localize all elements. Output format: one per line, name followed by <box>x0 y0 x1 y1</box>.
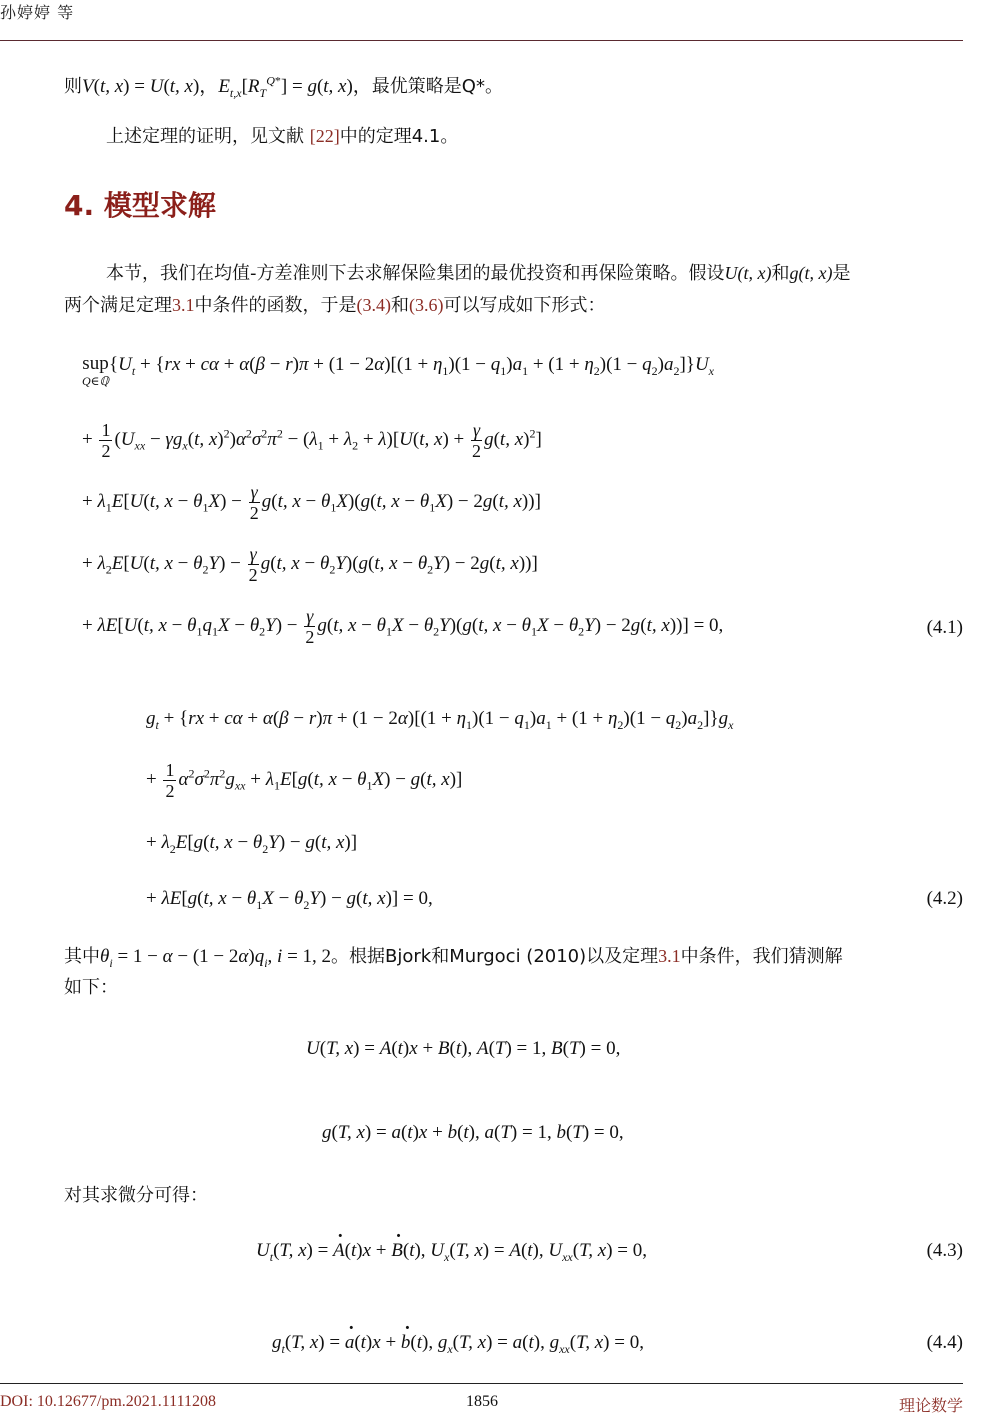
equation-4-1-line-5: + λE[U(t, x − θ1q1X − θ2Y) − γ2g(t, x − … <box>82 606 723 647</box>
equation-4-2-line-3: + λ2E[g(t, x − θ2Y) − g(t, x)] <box>146 832 357 854</box>
math-U: U(t, x) <box>725 263 772 283</box>
paragraph-intro-line1: 本节，我们在均值-方差准则下去求解保险集团的最优投资和再保险策略。假设U(t, … <box>106 258 981 289</box>
equation-link-3-4[interactable]: (3.4) <box>357 295 392 315</box>
paragraph-theta-definition: 其中θi = 1 − α − (1 − 2α)qi, i = 1, 2。根据Bj… <box>64 941 843 972</box>
text: 其中 <box>64 946 100 967</box>
guess-U-equation: U(T, x) = A(t)x + B(t), A(T) = 1, B(T) =… <box>306 1038 620 1060</box>
text: 和 <box>771 263 789 284</box>
equation-4-3: Ut(T, x) = A(t)x + B(t), Ux(T, x) = A(t)… <box>256 1240 647 1262</box>
footer-rule <box>0 1383 963 1384</box>
equation-4-2-line-4: + λE[g(t, x − θ1X − θ2Y) − g(t, x)] = 0, <box>146 888 433 910</box>
text: 本节，我们在均值-方差准则下去求解保险集团的最优投资和再保险策略。假设 <box>106 263 725 284</box>
text: 上述定理的证明，见文献 <box>106 126 310 147</box>
paragraph-differentiate: 对其求微分可得： <box>64 1181 208 1211</box>
text: 两个满足定理 <box>64 295 172 316</box>
theorem-conclusion-line: 则V(t, x) = U(t, x)，Et,x[RTQ*] = g(t, x)，… <box>64 72 503 102</box>
footer-doi-link[interactable]: DOI: 10.12677/pm.2021.1111208 <box>0 1393 216 1411</box>
equation-4-1-line-2: + 12(Uxx − γgx(t, x)2)α2σ2π2 − (λ1 + λ2 … <box>82 420 542 461</box>
running-head: 孙婷婷 等 <box>0 0 74 23</box>
footer-page-number: 1856 <box>466 1393 498 1411</box>
header-rule <box>0 40 963 41</box>
guess-g-equation: g(T, x) = a(t)x + b(t), a(T) = 1, b(T) =… <box>322 1122 624 1144</box>
equation-4-1-line-3: + λ1E[U(t, x − θ1X) − γ2g(t, x − θ1X)(g(… <box>82 482 541 523</box>
text: 是 <box>832 263 850 284</box>
proof-reference-line: 上述定理的证明，见文献 [22]中的定理4.1。 <box>106 121 458 152</box>
text-tail: 最优策略是Q*。 <box>372 76 503 97</box>
equation-number-4-1: (4.1) <box>927 617 963 639</box>
section-number: 4. <box>64 189 94 222</box>
citation-link-22[interactable]: [22] <box>310 126 340 146</box>
text-prefix: 则 <box>64 76 82 97</box>
equation-number-4-4: (4.4) <box>927 1332 963 1354</box>
equation-4-2-line-1: gt + {rx + cα + α(β − r)π + (1 − 2α)[(1 … <box>146 708 733 730</box>
text: 。根据Bjork和Murgoci (2010)以及定理 <box>331 946 658 967</box>
paragraph-intro-line2: 两个满足定理3.1中条件的函数，于是(3.4)和(3.6)可以写成如下形式： <box>64 290 606 321</box>
equation-4-4: gt(T, x) = a(t)x + b(t), gx(T, x) = a(t)… <box>272 1332 644 1354</box>
text: 中条件，我们猜测解 <box>681 946 843 967</box>
math-g: g(t, x) <box>789 263 832 283</box>
equation-4-2-line-2: + 12α2σ2π2gxx + λ1E[g(t, x − θ1X) − g(t,… <box>146 760 462 801</box>
theorem-link-3-1-b[interactable]: 3.1 <box>658 946 681 966</box>
equation-4-1-line-4: + λ2E[U(t, x − θ2Y) − γ2g(t, x − θ2Y)(g(… <box>82 544 538 585</box>
paragraph-theta-definition-line2: 如下： <box>64 973 118 1003</box>
section-heading: 4. 模型求解 <box>64 184 216 224</box>
footer-journal-name[interactable]: 理论数学 <box>899 1393 963 1414</box>
equation-number-4-3: (4.3) <box>927 1240 963 1262</box>
theorem-link-3-1[interactable]: 3.1 <box>172 295 195 315</box>
text: 可以写成如下形式： <box>444 295 606 316</box>
text: 和 <box>391 295 409 316</box>
text: 中条件的函数，于是 <box>195 295 357 316</box>
equation-link-3-6[interactable]: (3.6) <box>409 295 444 315</box>
text: 中的定理4.1。 <box>340 126 459 147</box>
equation-4-1-line-1: supQ∈ℚ{Ut + {rx + cα + α(β − r)π + (1 − … <box>82 354 714 388</box>
section-title-text: 模型求解 <box>104 189 216 222</box>
equation-number-4-2: (4.2) <box>927 888 963 910</box>
